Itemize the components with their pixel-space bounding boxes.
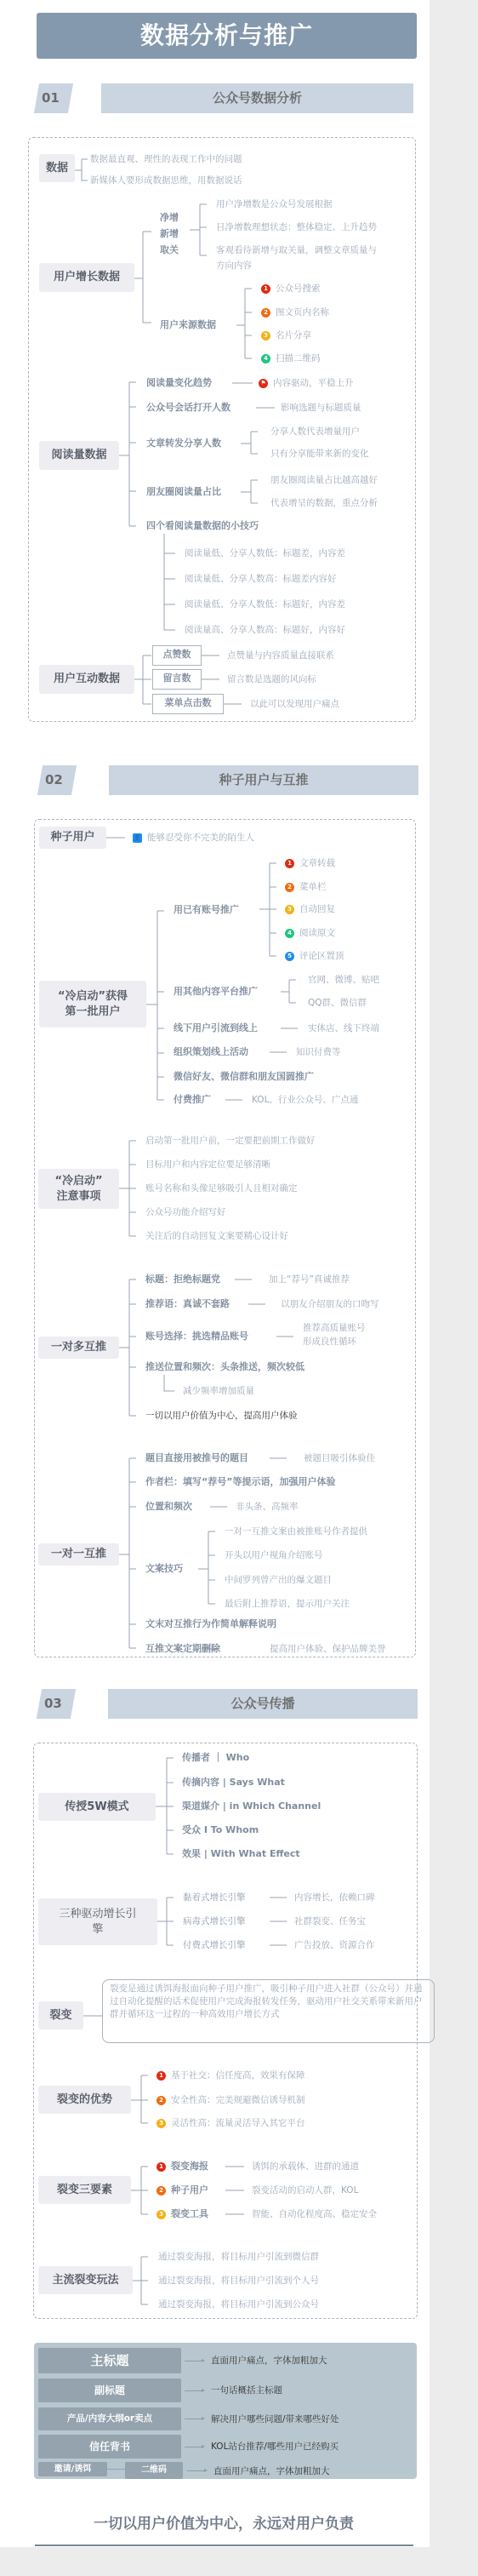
tag-invite-bait: 邀请/诱饵 [38,2462,107,2476]
push-position-sub: 减少频率增加质量 [183,1385,254,1397]
tag-trust-endorsement: 信任背书 [38,2435,181,2459]
node-seed-user: 种子用户 [39,827,106,849]
node-mainstream-fission: 主流裂变玩法 [38,2266,133,2294]
data-item-2: 新媒体人要形成数据思维，用数据说话 [90,175,242,186]
source-item-3: 3名片分享 [261,329,311,341]
number-1-icon: 1 [156,2071,166,2081]
online-event-label: 组织策划线上活动 [174,1046,248,1058]
number-2-icon: 2 [156,2186,166,2195]
node-fission-elements: 裂变三要素 [38,2176,131,2204]
copy-tip-2: 开头以用户视角介绍账号 [225,1549,323,1561]
copy-tip-3: 中间罗列曾产出的爆文题目 [225,1574,332,1586]
node-read-data: 阅读量数据 [39,441,119,470]
node-fission-advantages: 裂变的优势 [38,2086,131,2114]
node-5w-model: 传授5W模式 [38,1793,156,1821]
note-5: 关注后的自动回复文案要精心设计好 [145,1230,288,1242]
tip-1: 阅读量低、分享人数低：标题差，内容差 [185,547,345,559]
copy-tip-4: 最后附上推荐语，提示用户关注 [225,1598,350,1610]
page-title: 数据分析与推广 [37,13,417,59]
push-position-label: 推送位置和频次：头条推送，频次较低 [145,1361,304,1373]
share-item-1: 分享人数代表增量用户 [270,426,360,438]
paid-promo-label: 付费推广 [174,1094,211,1106]
read-tips-label: 四个看阅读量数据的小技巧 [146,520,259,532]
data-item-1: 数据最直观、理性的表现工作中的问题 [90,153,242,165]
account-choice-label: 账号选择：挑选精品账号 [145,1331,248,1342]
engine-viral-value: 社群裂变、任务宝 [294,1915,366,1927]
existing-item-1: 1文章转载 [285,857,335,869]
online-event-value: 知识付费等 [296,1046,341,1058]
net-growth-label: 净增 新增 取关 [160,209,179,258]
number-2-icon: 2 [261,308,270,318]
offline-label: 线下用户引流到线上 [174,1022,258,1034]
tip-4: 阅读量高、分享人数高：标题好，内容好 [185,624,345,636]
tip-3: 阅读量低、分享人数低：标题好，内容差 [185,598,345,610]
node-one-to-many: 一对多互推 [38,1337,119,1359]
node-cold-start: “冷启动”获得 第一批用户 [39,981,146,1028]
connector [107,2469,125,2470]
fivew-channel: 渠道媒介 | in Which Channel [182,1800,321,1812]
net-item-2: 日净增数理想状态：整体稳定、上升趋势 [216,221,377,233]
net-item-1: 用户净增数是公众号发展根据 [216,198,333,210]
offline-value: 实体店、线下终端 [308,1022,379,1034]
tag-product-outline: 产品/内容大纲or卖点 [38,2407,181,2430]
source-item-2: 2图文页内名称 [261,306,329,318]
source-item-1: 1公众号搜索 [261,283,321,295]
arrow-icon [187,2470,206,2471]
advantage-2: 2安全性高：完美规避微信诱导机制 [156,2094,305,2106]
other-item-1: 官网、微博、贴吧 [308,974,379,986]
footer-underline [35,2545,413,2546]
menu-clicks-value: 以此可以发现用户痛点 [250,698,339,710]
number-3-icon: 3 [156,2210,166,2219]
tag-subtitle: 副标题 [38,2379,181,2402]
number-2-icon: 2 [285,883,294,892]
other-item-2: QQ群、微信群 [308,997,367,1009]
fivew-who: 传播者 ｜ Who [182,1752,249,1764]
mainstream-item-3: 通过裂变海报，将目标用户引流到公众号 [158,2298,319,2310]
menu-clicks-box: 菜单点击数 [152,694,224,714]
existing-item-4: 4阅读原文 [285,927,335,939]
account-choice-value-2: 形成良性循环 [303,1336,356,1348]
number-1-icon: 1 [156,2162,166,2172]
mainstream-item-2: 通过裂变海报，将目标用户引流到个人号 [158,2275,319,2287]
section-number-01: 01 [34,83,73,113]
recommend-value: 以朋友介绍朋友的口吻写 [281,1298,379,1310]
note-2: 目标用户和内容定位要足够清晰 [145,1159,270,1171]
node-one-to-one: 一对一互推 [38,1543,119,1566]
section-number-03: 03 [37,1689,76,1719]
net-item-4: 方向内容 [216,260,252,272]
number-3-icon: 3 [285,905,294,914]
section-number-02: 02 [37,765,77,795]
comments-box: 留言数 [152,669,202,690]
read-trend-value: ⚑内容驱动，平稳上升 [259,377,354,389]
source-item-4: 4扫描二维码 [261,352,321,364]
section-heading-seed-users: 种子用户与互推 [109,765,418,795]
poster-structure-panel: 主标题 直面用户痛点，字体加粗加大 副标题 一句话概括主标题 产品/内容大纲or… [34,2343,417,2479]
fivew-effect: 效果 | With What Effect [182,1848,300,1860]
existing-item-3: 3自动回复 [285,903,335,915]
tip-2: 阅读量低、分享人数高：标题差内容好 [185,573,337,585]
element-1-value: 诱饵的承载体、进群的通道 [252,2161,359,2172]
comments-value: 留言数是选题的风向标 [227,673,316,685]
paid-promo-value: KOL、行业公众号、广点通 [252,1094,358,1106]
note-1: 启动第一批用户前，一定要把前期工作做好 [145,1135,316,1147]
arrow-icon [185,2390,203,2391]
element-3-value: 智能、自动化程度高、稳定安全 [252,2208,377,2220]
advantage-3: 3灵活性高：流量灵活导入其它平台 [156,2117,305,2129]
number-5-icon: 5 [285,952,294,961]
existing-account-label: 用已有账号推广 [174,904,239,916]
tag-qr-code: 二维码 [125,2462,183,2479]
moments-ratio-label: 朋友圈阅读量占比 [146,486,221,498]
fivew-whom: 受众 I To Whom [182,1824,259,1836]
engine-paid-value: 广告投放、资源合作 [294,1939,375,1951]
title-rule-label: 标题：拒绝标题党 [145,1274,220,1285]
number-1-icon: 1 [285,859,294,868]
person-icon: 👤 [133,833,142,843]
node-data: 数据 [39,154,75,182]
user-source-label: 用户来源数据 [160,319,216,331]
session-open-label: 公众号会话打开人数 [146,402,230,414]
node-user-growth: 用户增长数据 [39,263,134,292]
element-2-label: 2种子用户 [156,2184,208,2196]
tag-main-title: 主标题 [38,2348,181,2373]
section-heading-data-analysis: 公众号数据分析 [101,83,413,113]
mindmap-canvas: 数据分析与推广 01 公众号数据分析 数据 数据最直观、理性的表现工作中的问题 … [0,0,430,2547]
engine-sticky-value: 内容增长，依赖口碑 [294,1892,375,1903]
delete-value: 提高用户体验、保护品牌美誉 [270,1643,386,1655]
delete-label: 互推文案定期删除 [145,1643,220,1655]
number-1-icon: 1 [261,284,270,294]
desc-trust-endorsement: KOL站台推荐/哪些用户已经购买 [211,2440,339,2453]
desc-product-outline: 解决用户哪些问题/带来哪些好处 [211,2413,339,2425]
arrow-icon [185,2419,203,2419]
session-open-value: 影响选题与标题质量 [281,402,361,414]
share-count-label: 文章转发分享人数 [146,438,221,449]
node-growth-engines: 三种驱动增长引 擎 [38,1898,157,1945]
desc-subtitle: 一句话概括主标题 [211,2384,282,2396]
seed-user-definition: 👤能够忍受你不完美的陌生人 [133,832,254,844]
position-freq-value: 非头条、高频率 [236,1501,299,1513]
node-user-interaction: 用户互动数据 [39,665,134,694]
number-4-icon: 4 [261,354,270,364]
footer-slogan: 一切以用户价值为中心，永远对用户负责 [34,2511,413,2533]
explain-label: 文末对互推行为作简单解释说明 [145,1618,276,1630]
arrow-icon [185,2447,203,2447]
existing-item-5: 5评论区置顶 [285,950,344,962]
node-fission: 裂变 [38,2001,83,2029]
desc-invite-bait: 直面用户痛点，字体加粗加大 [213,2464,330,2477]
wechat-promo-label: 微信好友、微信群和朋友国圆推广 [174,1071,314,1083]
number-3-icon: 3 [261,331,270,341]
user-value-center: 一切以用户价值为中心，提高用户体验 [145,1410,298,1422]
recommend-label: 推荐语：真诚不套路 [145,1298,230,1310]
copy-tips-label: 文案技巧 [145,1563,183,1575]
flag-icon: ⚑ [259,379,268,388]
number-3-icon: 3 [156,2119,166,2128]
element-3-label: 3裂变工具 [156,2208,208,2220]
arrow-icon [185,2361,203,2361]
author-field-label: 作者栏：填写“荐号”等提示语，加强用户体验 [145,1476,335,1488]
title-rule-value: 加上“荐号”真诚推荐 [269,1274,350,1285]
likes-box: 点赞数 [152,645,202,666]
fivew-what: 传摘内容 | Says What [182,1777,285,1789]
copy-tip-1: 一对一互推文案由被推账号作者提供 [225,1526,367,1537]
engine-paid-label: 付费式增长引擎 [183,1939,246,1951]
number-2-icon: 2 [156,2096,166,2105]
element-1-label: 1裂变海报 [156,2161,208,2172]
likes-value: 点赞量与内容质量直接联系 [227,650,334,661]
engine-sticky-label: 黏着式增长引擎 [183,1892,246,1903]
moments-item-2: 代表增呈的数据，重点分析 [270,497,378,509]
note-4: 公众号功能介绍写好 [145,1206,226,1218]
read-trend-label: 阅读量变化趋势 [146,377,212,389]
section-heading-propagation: 公众号传播 [108,1689,418,1719]
account-choice-value-1: 推荐高质量账号 [303,1322,366,1334]
node-cold-start-notes: “冷启动” 注意事项 [38,1169,119,1209]
advantage-1: 1基于社交：信任度高，效果有保障 [156,2069,305,2081]
position-freq-label: 位置和频次 [145,1501,192,1513]
number-4-icon: 4 [285,929,294,938]
other-platform-label: 用其他内容平台推广 [174,986,258,998]
existing-item-2: 2菜单栏 [285,881,327,893]
engine-viral-label: 病毒式增长引擎 [183,1915,246,1927]
mainstream-item-1: 通过裂变海报，将目标用户引流到微信群 [158,2251,319,2263]
moments-item-1: 朋友圈阅读量占比越高越好 [270,474,378,486]
share-item-2: 只有分享能带来新的变化 [270,448,369,460]
topic-label: 题目直接用被推号的题目 [145,1452,248,1464]
fission-definition: 裂变是通过诱饵海报面向种子用户推广，吸引种子用户进入社群（公众号）并通过自动化提… [102,1979,435,2043]
note-3: 账号名称和头像足够吸引人且相对确定 [145,1182,298,1194]
net-item-3: 客观看待新增与取关量，调整文章质量与 [216,244,377,256]
element-2-value: 裂变活动的启动人群，KOL [252,2184,358,2196]
topic-value: 被题目吸引体验佳 [304,1452,375,1464]
desc-main-title: 直面用户痛点，字体加粗加大 [211,2354,327,2367]
